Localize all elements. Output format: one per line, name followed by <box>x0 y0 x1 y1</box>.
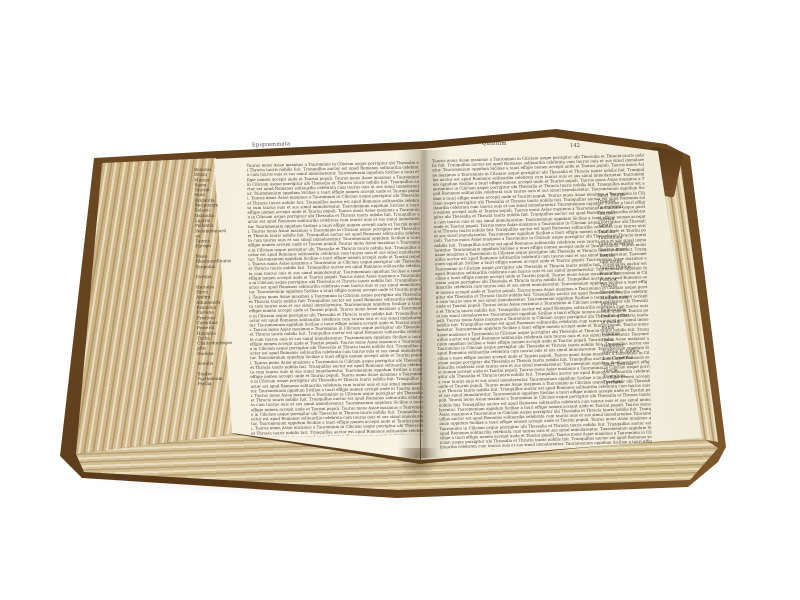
right-margin-index: Tauri Taurus Traiecta Taurominiū Taurisc… <box>597 191 662 391</box>
left-page-text-block: Taurus mons Asiae maximus a Taurominio i… <box>247 161 424 438</box>
left-running-head-text: Epigrammata <box>252 139 329 148</box>
left-margin-index: Bononia Brixia Mutina Roma Taurini Vada … <box>194 167 252 394</box>
gutter-bottom-crease <box>396 448 440 484</box>
left-page-body-text: Taurus mons Asiae maximus a Taurominio i… <box>247 161 424 438</box>
folio-number-text: 142 <box>570 142 594 148</box>
right-running-head-text: Quintum <box>482 140 546 146</box>
antique-book-photo: Epigrammata Quintum 142 Bononia Brixia M… <box>0 0 800 600</box>
right-margin-index-list: Tauri Taurus Traiecta Taurominiū Taurisc… <box>597 191 662 386</box>
left-margin-index-list: Bononia Brixia Mutina Roma Taurini Vada … <box>194 167 252 388</box>
folio-number: 142 <box>570 142 600 152</box>
right-running-head: Quintum <box>482 140 562 150</box>
